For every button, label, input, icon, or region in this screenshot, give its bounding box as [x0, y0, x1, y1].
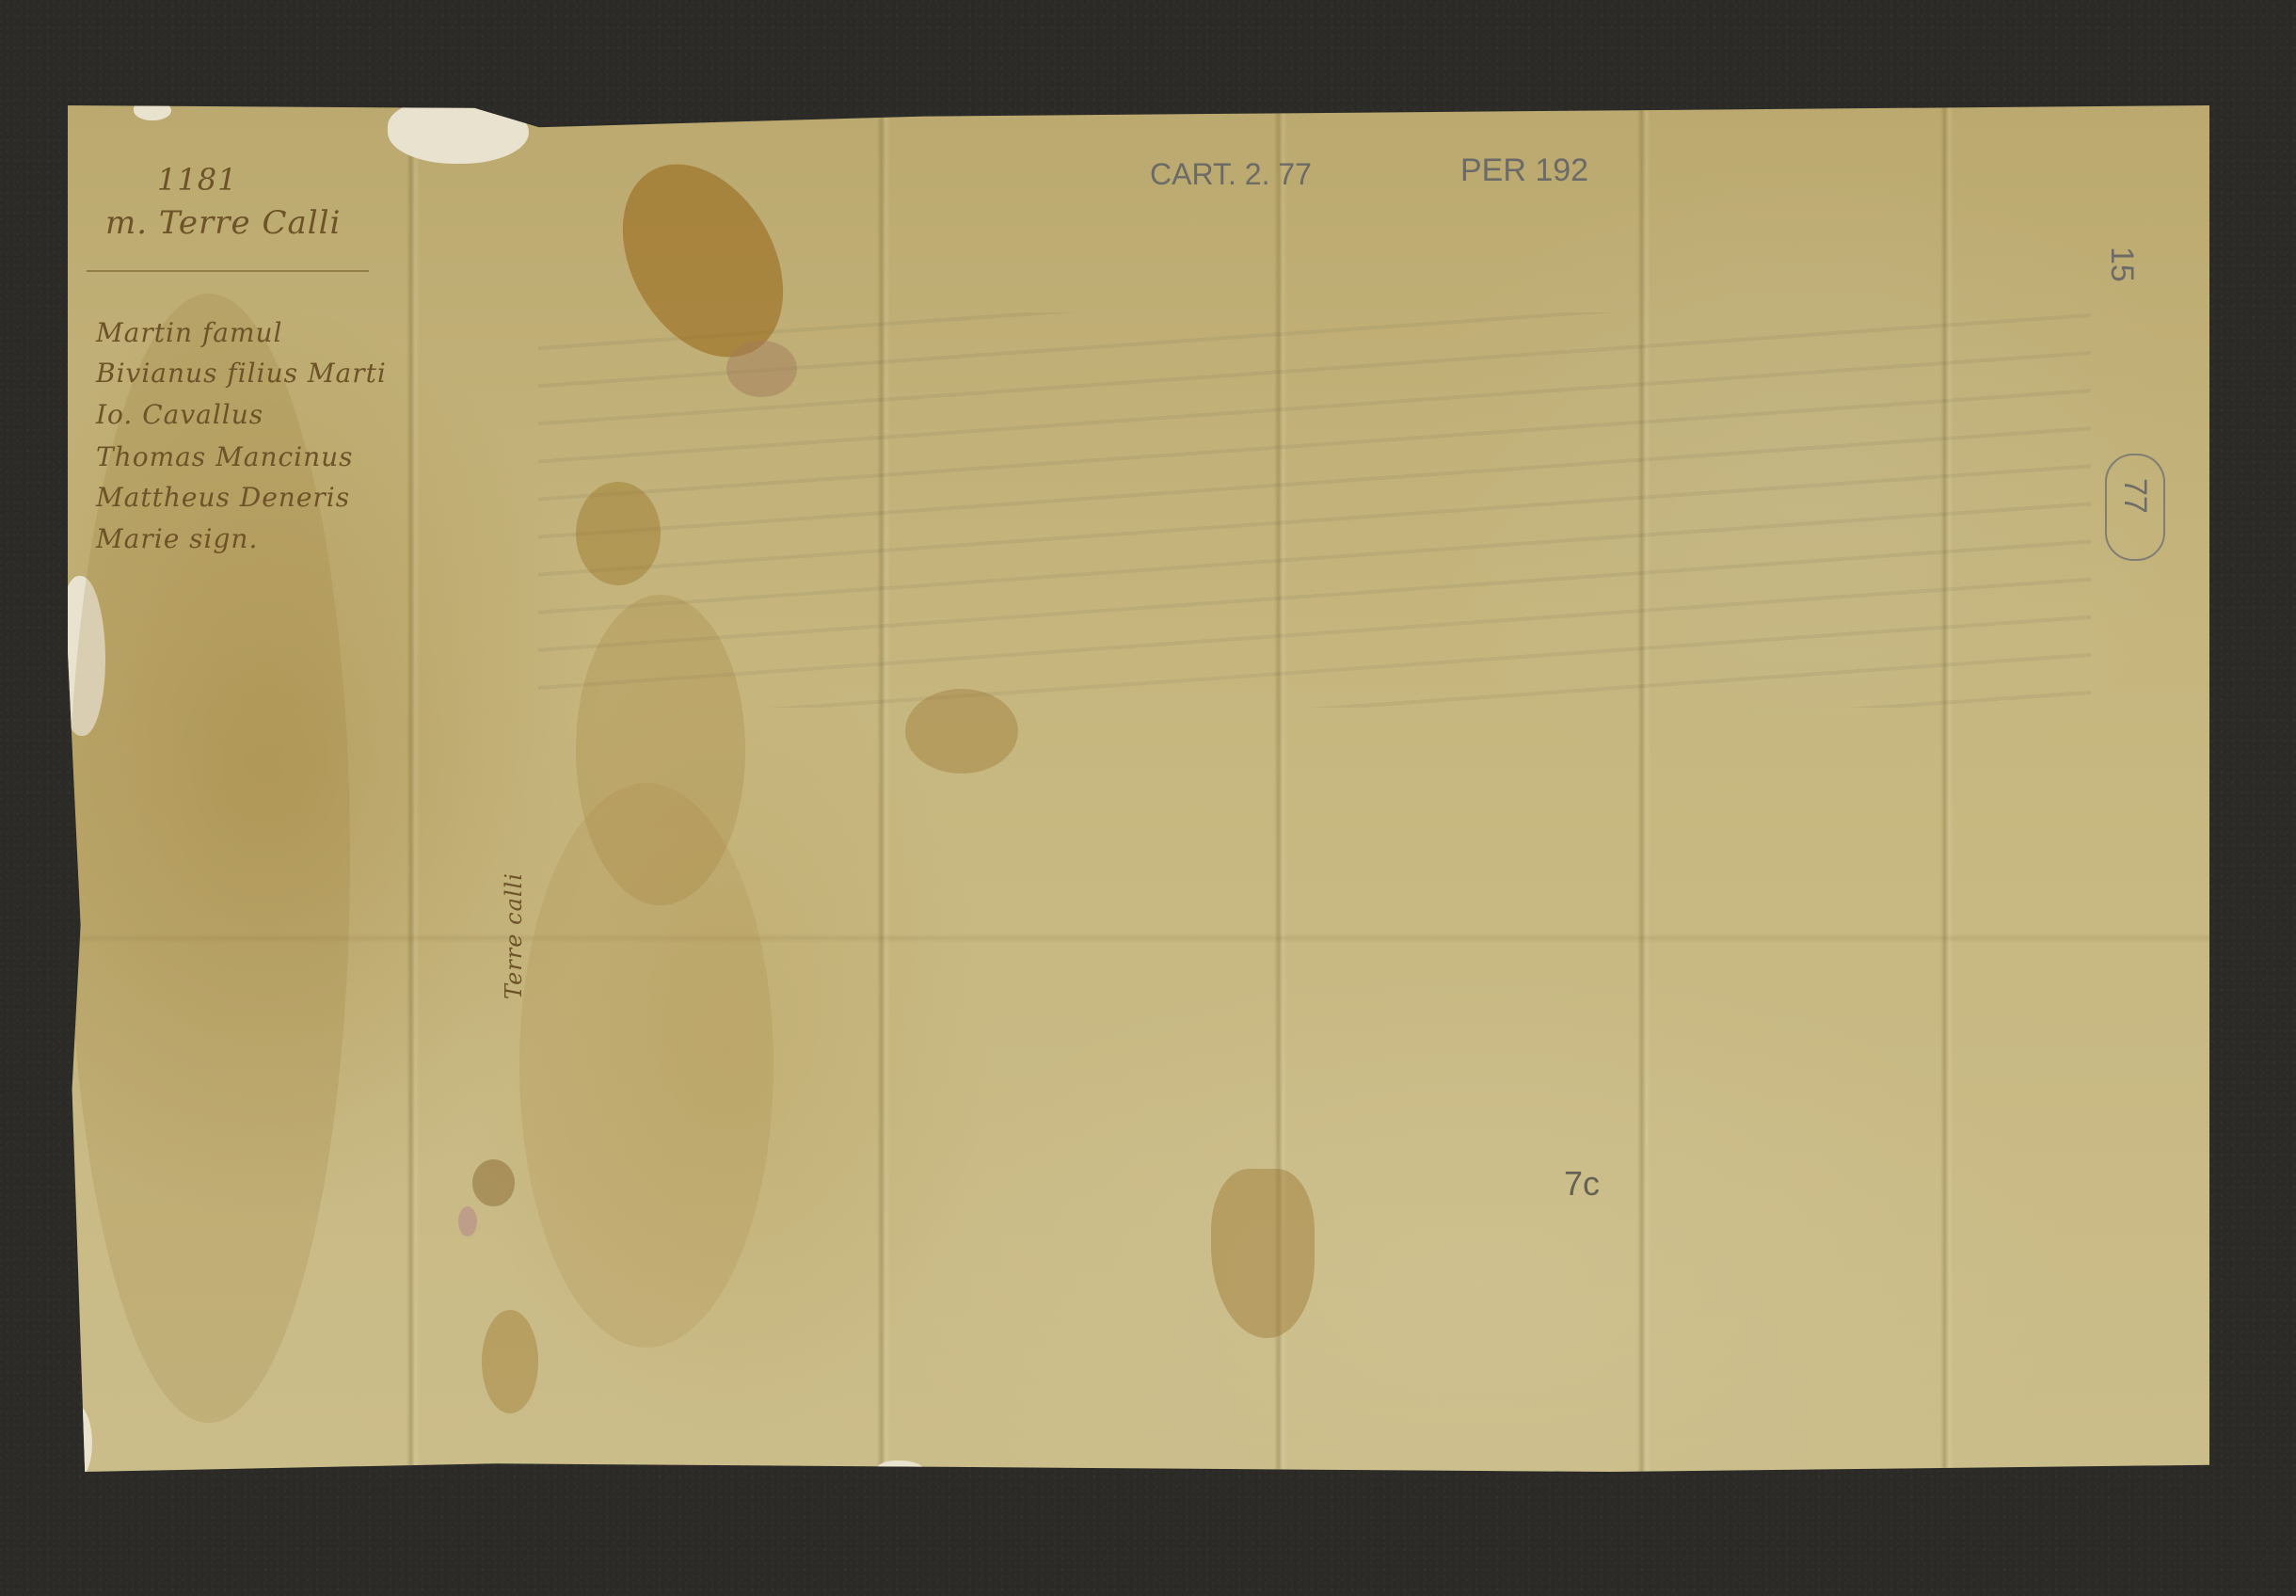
archive-reference-cart: CART. 2. 77 — [1150, 157, 1312, 192]
witness-line: Mattheus Deneris — [96, 482, 350, 513]
water-stain — [905, 689, 1018, 774]
title-annotation: m. Terre Calli — [105, 204, 341, 242]
fold-crease — [877, 105, 890, 1472]
fold-crease — [1940, 105, 1953, 1472]
witness-line: Thomas Mancinus — [96, 441, 354, 472]
witness-line: Bivianus filius Marti — [96, 358, 387, 389]
fold-crease-horizontal — [68, 934, 2209, 943]
circled-number: 77 — [2116, 478, 2153, 514]
underline-rule — [87, 270, 369, 272]
water-stain — [472, 1159, 515, 1206]
witness-line: Io. Cavallus — [96, 399, 263, 430]
witness-line: Martin famul — [96, 317, 282, 348]
water-stain — [482, 1310, 538, 1413]
water-stain — [519, 783, 773, 1348]
parchment-sheet: 1181 m. Terre Calli Martin famul Bivianu… — [68, 105, 2209, 1472]
water-stain — [726, 341, 797, 397]
water-stain — [1211, 1169, 1315, 1338]
fold-crease — [407, 105, 420, 1472]
lower-pencil-mark: 7c — [1564, 1164, 1600, 1204]
folio-number: 15 — [2103, 247, 2140, 282]
water-stain — [576, 482, 661, 585]
archive-reference-per: PER 192 — [1460, 152, 1588, 189]
fold-crease — [1637, 105, 1650, 1472]
year-annotation: 1181 — [157, 162, 237, 198]
vertical-note: Terre calli — [501, 872, 527, 999]
witness-line: Marie sign. — [96, 523, 258, 554]
pink-spot — [458, 1206, 477, 1237]
